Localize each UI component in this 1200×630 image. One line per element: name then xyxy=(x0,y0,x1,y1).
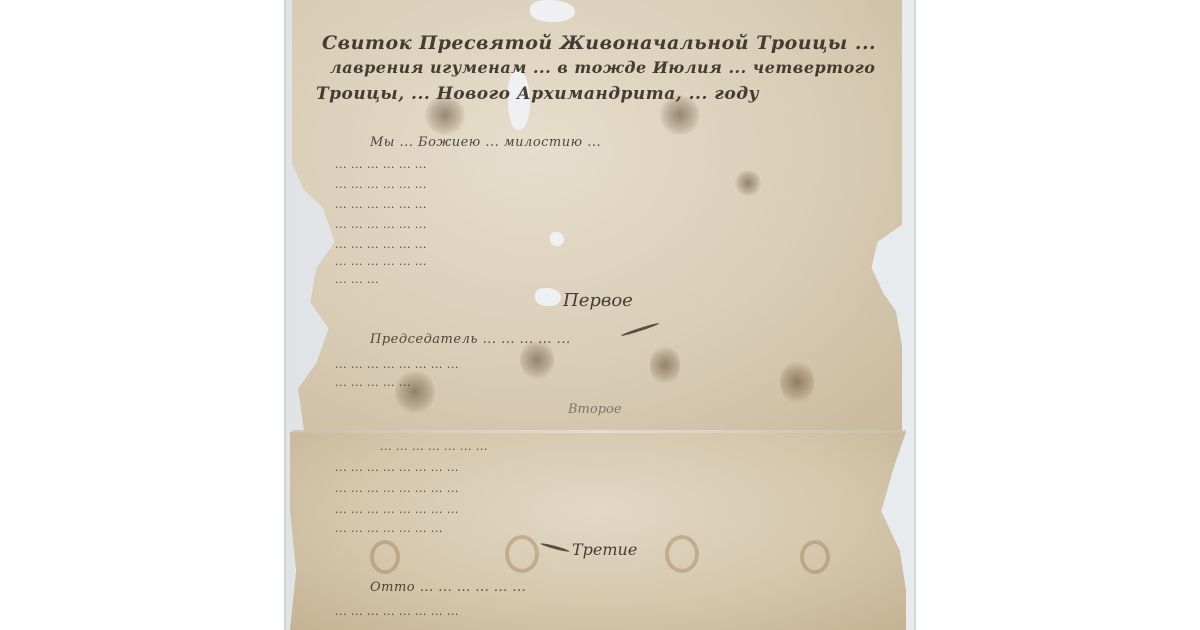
water-ring xyxy=(505,535,539,573)
water-ring xyxy=(370,540,400,574)
section-heading-third: Третие xyxy=(572,540,637,559)
section-2-line-3: ... ... ... ... ... ... ... ... xyxy=(335,482,880,495)
section-1-line-3: ... ... ... ... ... xyxy=(335,376,575,389)
section-2-line-5: ... ... ... ... ... ... ... xyxy=(335,522,855,535)
intro-line-8: ... ... ... xyxy=(335,273,475,286)
section-3-line-2: ... ... ... ... ... ... ... ... xyxy=(335,605,880,618)
intro-line-5: ... ... ... ... ... ... xyxy=(335,218,865,231)
intro-line-2: ... ... ... ... ... ... xyxy=(335,158,865,171)
section-1-line-2: ... ... ... ... ... ... ... ... xyxy=(335,358,880,371)
section-2-line-2: ... ... ... ... ... ... ... ... xyxy=(335,461,880,474)
title-line-1: Свиток Пресвятой Живоначальной Троицы ..… xyxy=(322,32,882,54)
section-3-line-1: Отто ... ... ... ... ... ... xyxy=(370,580,870,595)
intro-line-4: ... ... ... ... ... ... xyxy=(335,198,865,211)
water-ring xyxy=(800,540,830,574)
fold-crease xyxy=(292,430,906,433)
section-2-line-1: ... ... ... ... ... ... ... xyxy=(380,440,880,453)
paper-tear xyxy=(530,0,575,22)
intro-line-1: Мы ... Божиею ... милостию ... xyxy=(370,135,860,150)
section-1-line-1: Председатель ... ... ... ... ... xyxy=(370,332,880,347)
section-heading-first: Первое xyxy=(563,290,633,311)
title-line-2: лаврения игуменам ... в тожде Июлия ... … xyxy=(330,58,880,77)
intro-line-6: ... ... ... ... ... ... xyxy=(335,238,865,251)
title-line-3: Троицы, ... Нового Архимандрита, ... год… xyxy=(316,84,876,104)
water-ring xyxy=(665,535,699,573)
intro-line-7: ... ... ... ... ... ... xyxy=(335,255,855,268)
section-heading-second: Второе xyxy=(568,402,622,417)
section-2-line-4: ... ... ... ... ... ... ... ... xyxy=(335,503,880,516)
paper-tear xyxy=(535,288,561,306)
intro-line-3: ... ... ... ... ... ... xyxy=(335,178,865,191)
